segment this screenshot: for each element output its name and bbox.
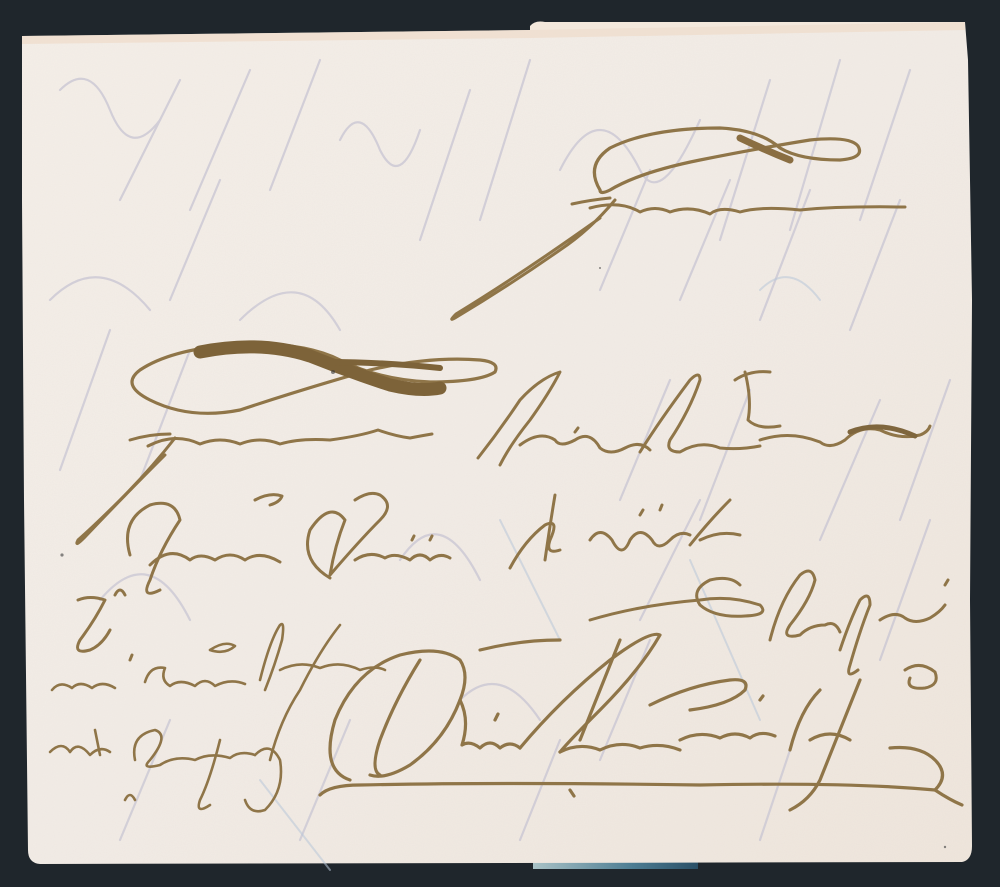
letter-illustration — [0, 0, 1000, 887]
letter-photo: Herrn Herrn Nicolaus Graff von Stain et … — [0, 0, 1000, 887]
